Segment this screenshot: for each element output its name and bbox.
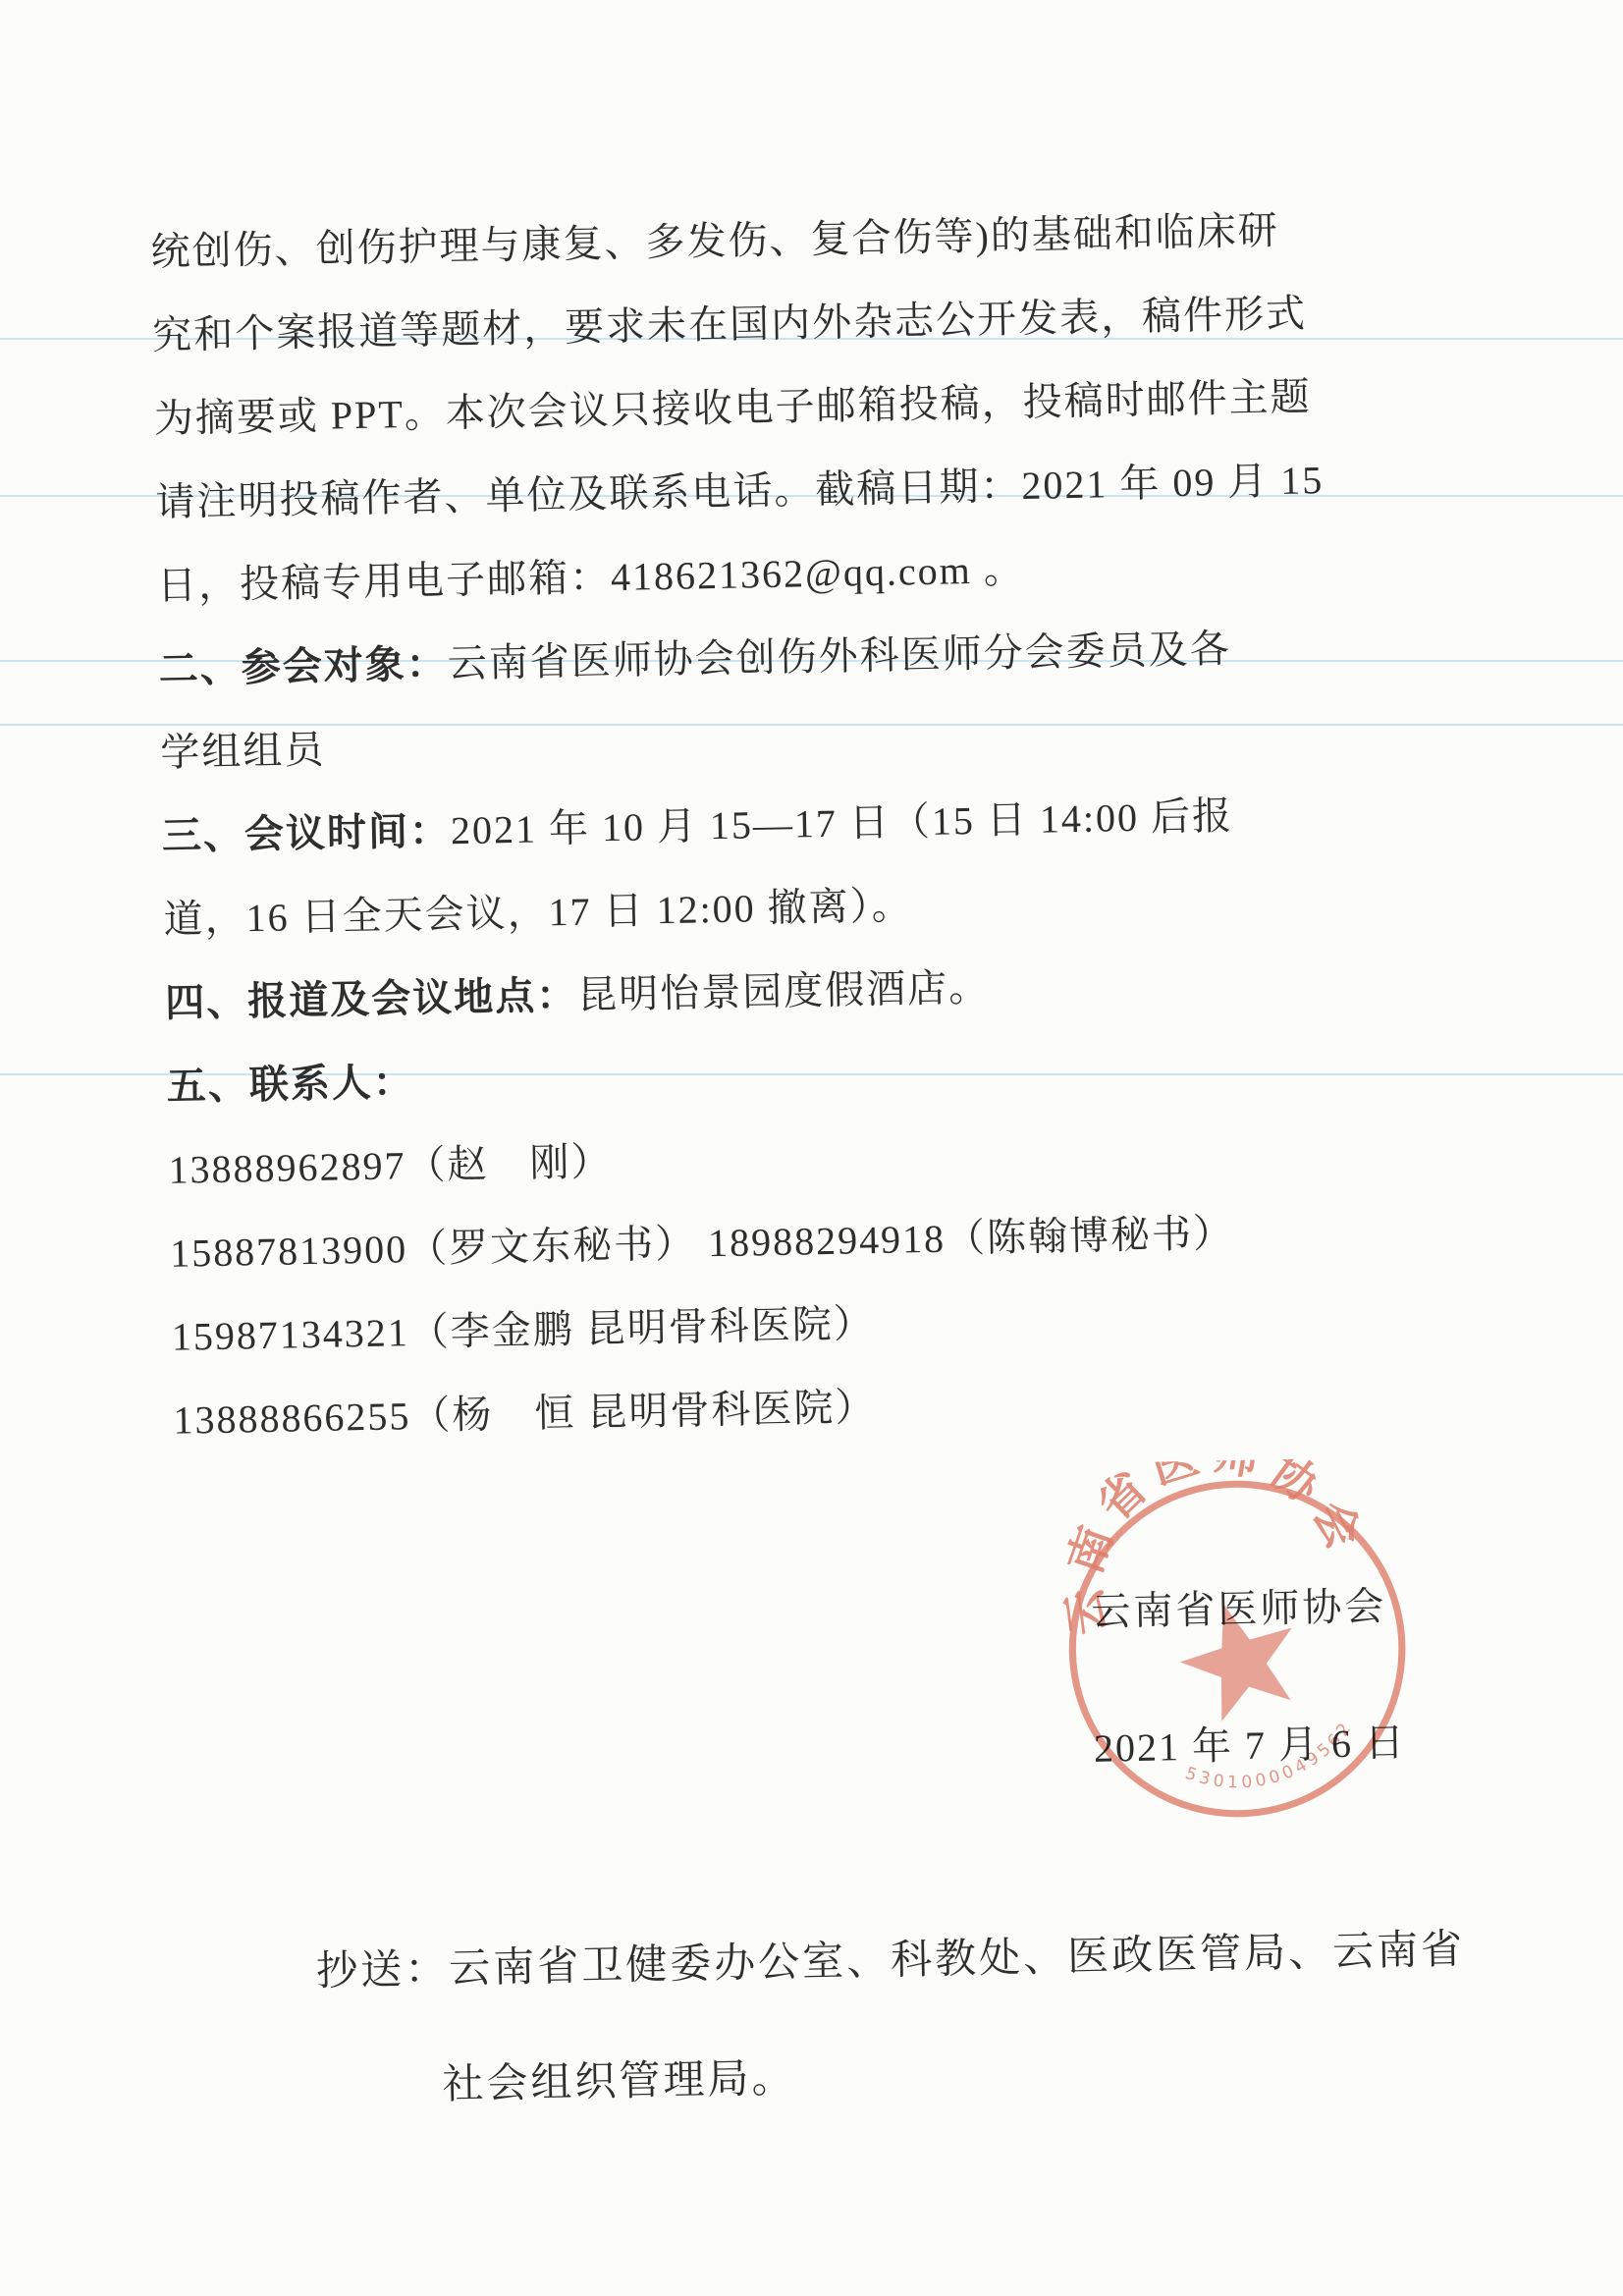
star-icon: [1167, 1587, 1312, 1727]
section-meeting-time-text: 2021 年 10 月 15—17 日（15 日 14:00 后报: [451, 793, 1234, 852]
section-meeting-time-label: 三、会议时间：: [162, 808, 452, 858]
official-red-seal: 云南省医师协会 5301000049562: [1045, 1456, 1429, 1840]
scanned-document-page: 统创伤、创伤护理与康复、多发伤、复合伤等)的基础和临床研 究和个案报道等题材，要…: [0, 0, 1623, 2296]
section-contacts-label: 五、联系人：: [166, 1060, 414, 1109]
document-body: 统创伤、创伤护理与康复、多发伤、复合伤等)的基础和临床研 究和个案报道等题材，要…: [150, 186, 1431, 1461]
section-attendees-text: 云南省医师协会创伤外科医师分会委员及各: [447, 627, 1231, 685]
cc-line: 社会组织管理局。: [317, 2008, 1468, 2146]
section-venue-text: 昆明怡景园度假酒店。: [577, 965, 991, 1017]
section-venue-label: 四、报道及会议地点：: [165, 973, 578, 1025]
cc-block: 抄送：云南省卫健委办公室、科教处、医政医管局、云南省 社会组织管理局。: [315, 1892, 1468, 2146]
seal-code-arc-text: 5301000049562: [1178, 1714, 1367, 1814]
section-attendees-label: 二、参会对象：: [158, 641, 448, 691]
cc-line: 抄送：云南省卫健委办公室、科教处、医政医管局、云南省: [315, 1892, 1466, 2030]
document-content: 统创伤、创伤护理与康复、多发伤、复合伤等)的基础和临床研 究和个案报道等题材，要…: [0, 0, 1623, 2296]
